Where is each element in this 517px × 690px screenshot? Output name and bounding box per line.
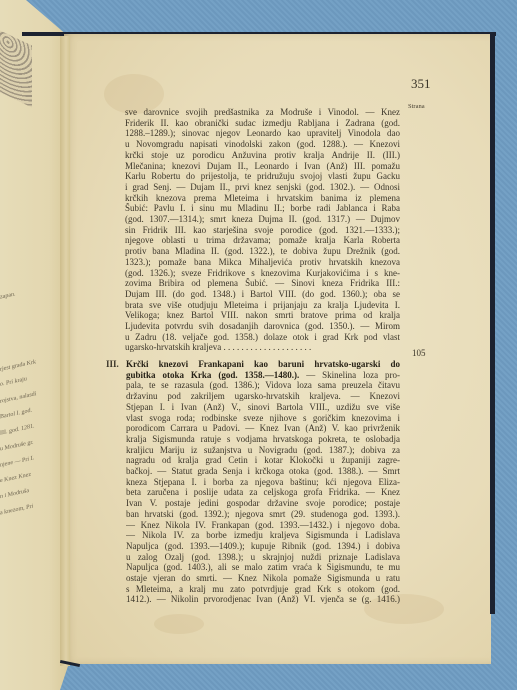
section-numeral: III.	[106, 359, 119, 370]
section-title-line-2: gubitka otoka Krka (god. 1358.—1480.). —…	[126, 370, 400, 381]
left-page-fragment: rojstva, nalasdi	[0, 390, 36, 407]
text-line: u Zadru (18. veljače god. 1358.) dolaze …	[125, 332, 400, 343]
text-line: kralja Sigismunda ratuje s vodjama hrvat…	[126, 434, 400, 445]
text-line: sve darovnice svojih predšastnika za Mod…	[125, 107, 400, 118]
text-line: Dujam III. (do god. 1348.) i Bartol VIII…	[125, 289, 400, 300]
toc-paragraph: sve darovnice svojih predšastnika za Mod…	[125, 107, 400, 353]
text-line: (god. 1326.); sveze Fridrikove s knezovi…	[125, 268, 400, 279]
text-line: državinu pod zakriljem ugarsko-hrvatskih…	[126, 391, 400, 402]
leader-page-ref: 105	[412, 348, 426, 358]
text-line: nagradu od kralja grad Cetin i kotar Klo…	[126, 455, 400, 466]
book-cover-right-edge	[490, 34, 495, 614]
text-line: kneza Stjepana I. i borba za njegova baš…	[126, 477, 400, 488]
text-line: Napuljca (god. 1393.—1409.); kupuje Ribn…	[126, 541, 400, 552]
text-line: Šubić: Pavlu I. i sinu mu Mladinu II.; b…	[125, 203, 400, 214]
text-line: Mlečanina; knezovi Dujam II., Leonardo i…	[125, 161, 400, 172]
text-line: — Knez Nikola IV. Frankapan (god. 1393.—…	[126, 520, 400, 531]
text-line: 1288.–1289.); sinovac njegov Leonardo ka…	[125, 128, 400, 139]
text-line: krčki stoje uz porodicu Anžuvina protiv …	[125, 150, 400, 161]
text-line: porodicom Carrara u Padovi. — Knez Ivan …	[126, 423, 400, 434]
text-line: beta zaručena i poslije udata za celjsko…	[126, 487, 400, 498]
text-line: i grad Senj. — Dujam II., prvi knez senj…	[125, 182, 400, 193]
text-line: Friderik II. kao obranički sudac izmedju…	[125, 118, 400, 129]
text-line: sin Fridrik III. kao starješina svoje po…	[125, 225, 400, 236]
text-line: brata sve više otudjuju Mleteima i prija…	[125, 300, 400, 311]
text-line: 1323.); pomaže bana Mikca Mihaljevića pr…	[125, 257, 400, 268]
text-line: u zalog Ozalj (god. 1398.); u skrajnjoj …	[126, 552, 400, 563]
text-line: Ivan V. postaje jedini gospodar državine…	[126, 498, 400, 509]
left-page-fragment: e Knez Knez	[0, 471, 31, 487]
left-page-fragment: n i Modruša	[0, 487, 29, 502]
text-line: protiv bana Mladina II. (god. 1322.), te…	[125, 246, 400, 257]
text-line: kraljicu Mariju iz sužanjstva u Novigrad…	[126, 445, 400, 456]
text-line: bačkoj. — Statut grada Senja i krčkoga o…	[126, 466, 400, 477]
section-iii: III. Krčki knezovi Frankapani kao baruni…	[106, 359, 400, 605]
text-line: Napuljca (god. 1403.), ali se malo zatim…	[126, 562, 400, 573]
section-title-text: gubitka otoka Krka (god. 1358.—1480.).	[126, 370, 299, 380]
text-line: 1412.). — Nikolin prvorodjenac Ivan (Anž…	[126, 594, 400, 605]
text-line: pala, te se razasula (god. 1386.); Vidov…	[126, 380, 400, 391]
text-line: vlast svoga roda; rodbinske sveze njihov…	[126, 413, 400, 424]
section-title-line: Krčki knezovi Frankapani kao baruni hrva…	[126, 359, 400, 370]
text-line: njegove oblasti u trima državama; pomaže…	[125, 235, 400, 246]
left-page-fragment: III. god. 1281.	[0, 422, 35, 438]
text-line: — Nikola IV. za borbe izmedju kraljeva S…	[126, 530, 400, 541]
left-page-fragment: njene — Pri L	[0, 454, 34, 470]
left-page-fragment: Bartol I. god.	[0, 407, 32, 423]
text-line: u Novomgradu napisati vinodolski zakon (…	[125, 139, 400, 150]
text-line: Velikoga; knez Bartol VIII. nakon smrti …	[125, 310, 400, 321]
text-line: (god. 1307.—1314.); smrt kneza Dujma II.…	[125, 214, 400, 225]
text-line: Stjepan I. i Ivan (Anž) V., sinovi Barto…	[126, 402, 400, 413]
text-line: s Mleteima, a kralj mu zato potvrdjuje g…	[126, 584, 400, 595]
leader-line: ugarsko-hrvatskih kraljeva . . . . . . .…	[125, 342, 400, 353]
left-page-fragment: u Modruše gr.	[0, 438, 34, 454]
text-line: ostaje vjeran do smrti. — Knez Nikola po…	[126, 573, 400, 584]
left-page-fragment: a knezom, Pri	[0, 502, 33, 518]
text-line: Ljudevita potvrdu svih dosadanjih darovn…	[125, 321, 400, 332]
page-number: 351	[411, 76, 431, 92]
left-page-fragment: rjest grada Krk	[0, 358, 36, 375]
section-title-tail: — Skinelina loza pro-	[299, 370, 400, 380]
text-line: ban hrvatski (god. 1392.); njegova smrt …	[126, 509, 400, 520]
book-gutter	[60, 36, 70, 666]
left-page-fragment: o. Pri kraju	[0, 375, 27, 390]
column-header: Strana	[408, 103, 425, 110]
decorative-ornament-icon	[0, 31, 32, 108]
text-line: krčkih knezova prema Mleteima i hrvatski…	[125, 193, 400, 204]
left-page-running-word: zapan.	[0, 290, 16, 302]
text-line: zovima Bribira od plemena Šubić. — Sinov…	[125, 278, 400, 289]
text-line: Karlu Robertu do prijestolja, te pridruž…	[125, 171, 400, 182]
